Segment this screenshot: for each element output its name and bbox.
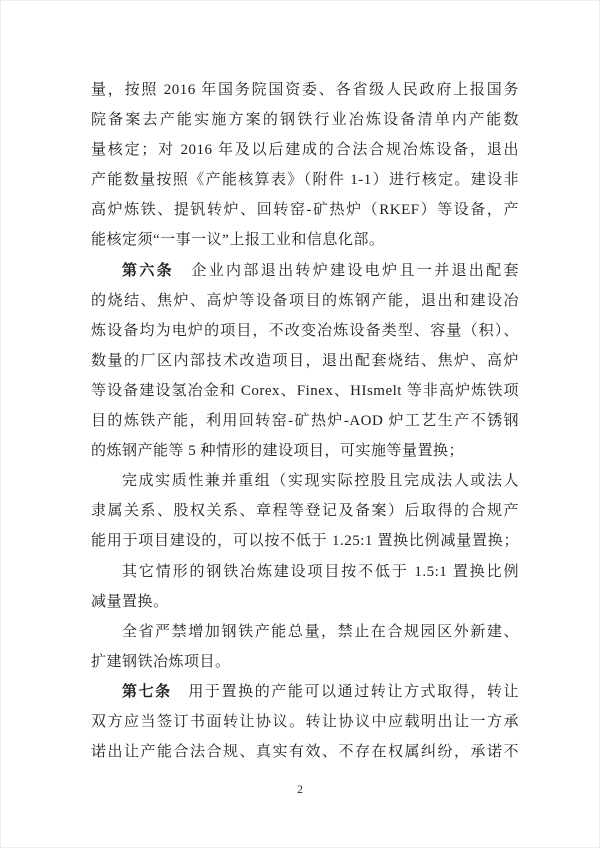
text-line: 的炼钢产能等 5 种情形的建设项目，可实施等量置换； [91,436,519,466]
text-line: 炼设备均为电炉的项目，不改变冶炼设备类型、容量（积）、 [91,316,519,346]
document-page: 量，按照 2016 年国务院国资委、各省级人民政府上报国务院备案去产能实施方案的… [0,0,600,848]
text-line: 量，按照 2016 年国务院国资委、各省级人民政府上报国务 [91,75,519,105]
document-body: 量，按照 2016 年国务院国资委、各省级人民政府上报国务院备案去产能实施方案的… [91,75,519,767]
article-number: 第六条 [122,263,174,279]
text-line: 扩建钢铁冶炼项目。 [91,647,519,677]
text-line: 目的炼铁产能，利用回转窑-矿热炉-AOD 炉工艺生产不锈钢 [91,406,519,436]
text-line: 诺出让产能合法合规、真实有效、不存在权属纠纷，承诺不 [91,737,519,767]
text-line: 等设备建设氢冶金和 Corex、Finex、HIsmelt 等非高炉炼铁项 [91,376,519,406]
text-line: 产能数量按照《产能核算表》（附件 1-1）进行核定。建设非 [91,165,519,195]
text-line: 双方应当签订书面转让协议。转让协议中应载明出让一方承 [91,707,519,737]
text-line: 院备案去产能实施方案的钢铁行业冶炼设备清单内产能数 [91,105,519,135]
text-line: 高炉炼铁、提钒转炉、回转窑-矿热炉（RKEF）等设备，产 [91,195,519,225]
text-line: 能核定须“一事一议”上报工业和信息化部。 [91,225,519,255]
text-line: 其它情形的钢铁冶炼建设项目按不低于 1.5:1 置换比例 [91,557,519,587]
text-line: 全省严禁增加钢铁产能总量，禁止在合规园区外新建、 [91,617,519,647]
text-line: 完成实质性兼并重组（实现实际控股且完成法人或法人 [91,466,519,496]
text-line: 减量置换。 [91,587,519,617]
text-line: 能用于项目建设的，可以按不低于 1.25:1 置换比例减量置换； [91,526,519,556]
text-line: 数量的厂区内部技术改造项目，退出配套烧结、焦炉、高炉 [91,346,519,376]
text-line: 第六条 企业内部退出转炉建设电炉且一并退出配套 [91,256,519,286]
page-number: 2 [1,781,599,797]
text-line: 量核定；对 2016 年及以后建成的合法合规冶炼设备，退出 [91,135,519,165]
text-line: 第七条 用于置换的产能可以通过转让方式取得，转让 [91,677,519,707]
article-number: 第七条 [122,684,172,700]
text-line: 隶属关系、股权关系、章程等登记及备案）后取得的合规产 [91,496,519,526]
text-line: 的烧结、焦炉、高炉等设备项目的炼钢产能，退出和建设冶 [91,286,519,316]
